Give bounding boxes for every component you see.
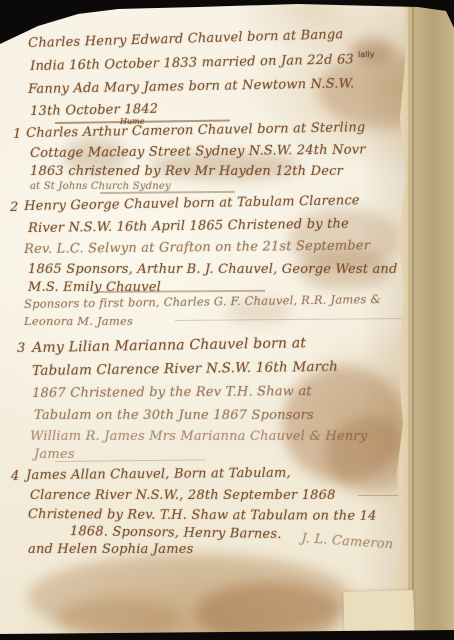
record-line: Christened by Rev. T.H. Shaw at Tabulam … [28,507,377,524]
record-line: 1865 Sponsors, Arthur B. J. Chauvel, Geo… [28,262,398,277]
entry-number: 2 [10,200,18,215]
record-line: James Allan Chauvel, Born at Tabulam, [26,466,291,483]
record-line: Tabulam on the 30th June 1867 Sponsors [34,408,314,423]
record-line: William R. James Mrs Marianna Chauvel & … [30,429,367,444]
record-line: 1868. Sponsors, Henry Barnes. [70,524,282,542]
record-line: Clarence River N.S.W., 28th September 18… [30,488,336,503]
record-line: James [34,447,75,462]
entry-number: 4 [11,469,19,484]
binding-strip-crease [412,0,414,640]
record-line: 1867 Christened by the Rev T.H. Shaw at [32,384,312,401]
page-edge-shading [360,0,408,640]
record-line: M.S. Emily Chauvel [28,280,161,295]
entry-number: 1 [13,127,21,142]
record-line: and Helen Sophia James [28,542,194,557]
record-line: at St Johns Church Sydney [30,181,171,192]
record-line: 1863 christened by Rev Mr Hayden 12th De… [30,164,343,179]
entry-number: 3 [17,341,25,356]
scanned-register-page: Charles Henry Edward Chauvel born at Ban… [0,0,454,640]
note-line: Leonora M. James [24,314,133,328]
binding-strip [408,0,454,640]
